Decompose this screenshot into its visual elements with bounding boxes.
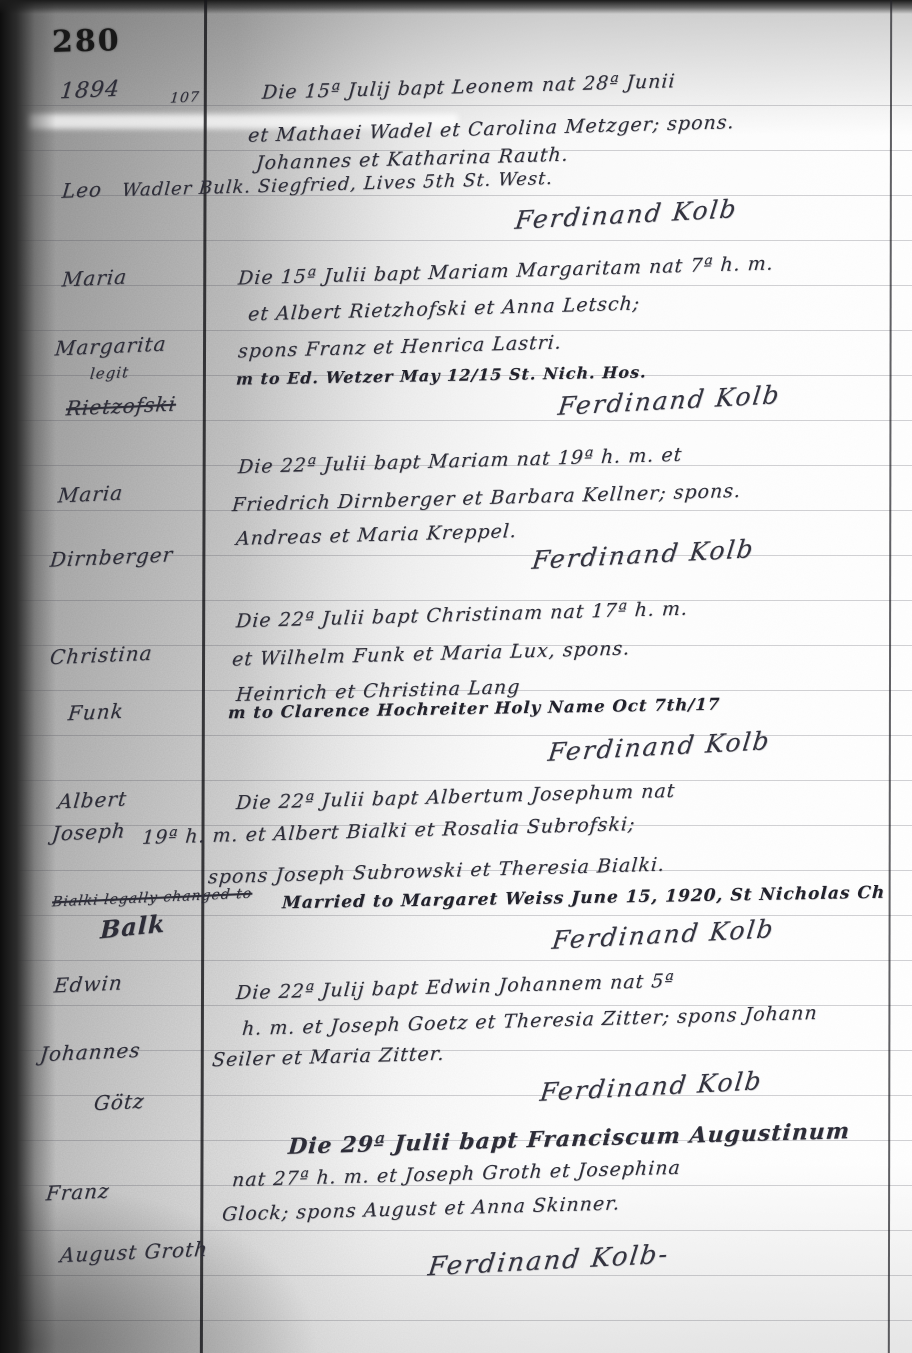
margin-name: Joseph [51, 818, 127, 845]
entry-number-label: 107 [169, 89, 200, 106]
register-page-scan: 280 1894 107 Die 15ª Julij bapt Leonem n… [0, 0, 912, 1353]
margin-name: Johannes [39, 1038, 142, 1067]
year-label: 1894 [59, 77, 121, 105]
margin-name: Maria [57, 481, 125, 508]
margin-name: Albert [57, 786, 128, 813]
margin-name: Leo [61, 177, 103, 203]
margin-name: Margarita [54, 332, 168, 361]
top-scan-edge [0, 0, 912, 14]
margin-name: Maria [61, 265, 129, 292]
margin-name: Christina [49, 641, 154, 670]
margin-name: Edwin [53, 970, 124, 997]
margin-name-struck: Rietzofski [65, 392, 177, 421]
margin-note: legit [89, 363, 130, 383]
left-scan-shadow [0, 0, 56, 1353]
margin-name: Funk [67, 699, 125, 726]
page-number: 280 [52, 23, 122, 60]
margin-name: Franz [45, 1179, 111, 1206]
margin-name: Götz [93, 1089, 146, 1115]
